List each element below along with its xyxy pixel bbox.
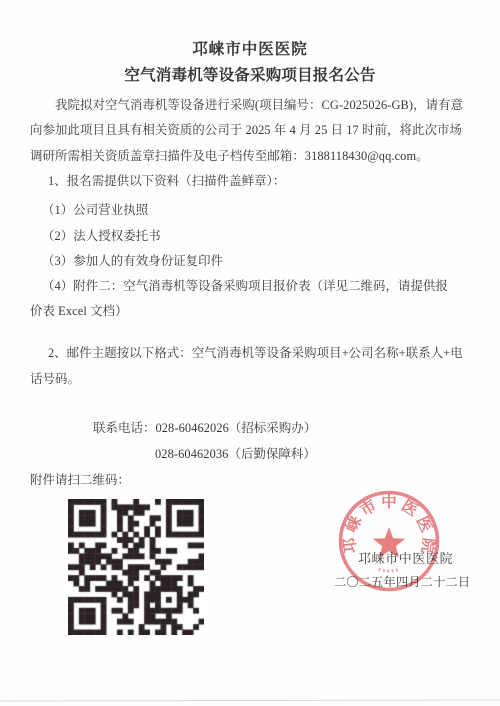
official-seal: 邛崃市中医医院 <box>330 482 452 600</box>
body-line: 话号码。 <box>30 369 80 387</box>
attachment-note: 附件请扫二维码： <box>30 470 130 488</box>
document-page: 邛崃市中医医院 空气消毒机等设备采购项目报名公告 我院拟对空气消毒机等设备进行采… <box>0 0 500 706</box>
list-item: （1）公司营业执照 <box>42 200 148 218</box>
seal-star-icon <box>373 527 405 558</box>
scan-edge-shadow <box>0 699 500 701</box>
list-heading: 2、邮件主题按以下格式：空气消毒机等设备采购项目+公司名称+联系人+电 <box>48 343 463 361</box>
body-line: 调研所需相关资质盖章扫描件及电子档传至邮箱：3188118430@qq.com。 <box>30 146 429 164</box>
contact-phone-2: 028-60462036（后勤保障科） <box>155 444 316 462</box>
body-line: 向参加此项目且具有相关资质的公司于 2025 年 4 月 25 日 17 时前，… <box>30 120 462 138</box>
list-item: （4）附件二：空气消毒机等设备采购项目报价表（详见二维码，请提供报 <box>42 276 448 294</box>
list-item: （2）法人授权委托书 <box>42 226 161 244</box>
seal-serial-dots <box>379 569 400 571</box>
body-line: 我院拟对空气消毒机等设备进行采购(项目编号：CG-2025026-GB)，请有意 <box>55 95 463 113</box>
list-heading: 1、报名需提供以下资料（扫描件盖鲜章）： <box>48 171 285 189</box>
attachment-qr-code <box>68 499 204 635</box>
contact-phone-1: 联系电话：028-60462026（招标采购办） <box>93 418 316 436</box>
list-item: （3）参加人的有效身份证复印件 <box>42 251 223 269</box>
list-item-continuation: 价表 Excel 文档） <box>30 301 128 319</box>
document-title: 邛崃市中医医院 <box>0 37 500 59</box>
document-subtitle: 空气消毒机等设备采购项目报名公告 <box>0 63 500 85</box>
